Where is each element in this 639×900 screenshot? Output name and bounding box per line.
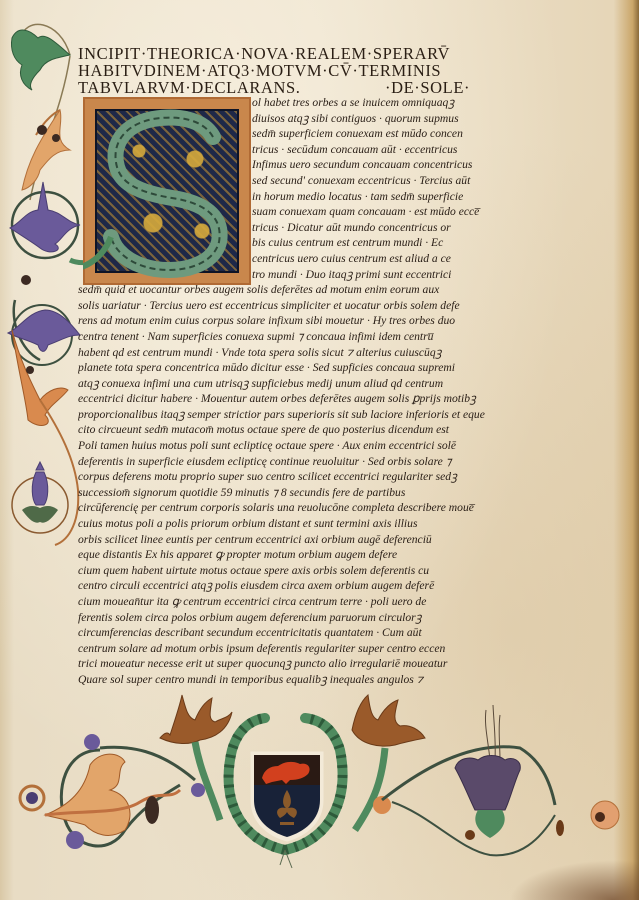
text-line: cito circueunt sedm̄ mutacom̄ motus octa… — [78, 422, 488, 438]
violet-bud-icon — [10, 182, 80, 252]
text-line: centra tenent · Nam superficies conuexa … — [78, 329, 488, 345]
text-line: centricus uero cuius centrum est aliud a… — [78, 251, 488, 267]
text-line: centro circuli eccentrici atqꝫ polis eiu… — [78, 578, 488, 594]
text-line: sedm̄ superficiem conuexam est mūdo conc… — [78, 126, 488, 142]
violet-fish-bud-icon — [32, 462, 48, 505]
text-line: tro mundi · Duo itaqꝫ primi sunt eccentr… — [78, 267, 488, 283]
text-line: tricus · Dicatur aūt mundo concentricus … — [78, 220, 488, 236]
coat-of-arms-icon — [252, 753, 322, 840]
text-line: ferentis solem circa polos orbium augem … — [78, 610, 488, 626]
brown-lily-icon — [160, 695, 232, 744]
text-line: Quare sol super centro mundi in temporib… — [78, 672, 488, 688]
brown-lily-icon — [352, 695, 425, 746]
text-line: circumferencias describant secundum ecce… — [78, 625, 488, 641]
heading-line-1: INCIPIT·THEORICA·NOVA·REALEM·SPERARV̄ — [78, 45, 498, 62]
text-line: cium mouean̄tur ita ꝙ centrum eccentrici… — [78, 594, 488, 610]
orange-acanthus-icon — [45, 754, 130, 835]
manuscript-body-text: ol habet tres orbes a se inuicem omniqua… — [78, 95, 488, 688]
text-line: habent qd est centrum mundi · Vnde tota … — [78, 345, 488, 361]
text-line: bis cuius centrum est centrum mundi · Ec — [78, 235, 488, 251]
text-line: corpus deferens motu proprio super suo c… — [78, 469, 488, 485]
text-line: atqꝫ conuexa infimi una cum utrisqꝫ supf… — [78, 376, 488, 392]
text-line: eccentrici dicitur habere · Mouentur aut… — [78, 391, 488, 407]
heading-line-2: HABITVDINEM·ATQ3·MOTVM·CV̄·TERMINIS — [78, 62, 498, 79]
text-line: circūferencię per centrum corporis solar… — [78, 500, 488, 516]
text-line: diuisos atqꝫ sibi contiguos · quorum sup… — [78, 111, 488, 127]
text-line: sedm̄ quid et uocantur orbes augem solis… — [78, 282, 488, 298]
text-line: cium quem habent uirtute motus octaue sp… — [78, 563, 488, 579]
text-line: trici moueatur necesse erit ut super quo… — [78, 656, 488, 672]
text-line: solis uariatur · Tercius uero est eccent… — [78, 298, 488, 314]
violet-flower-icon — [455, 705, 520, 838]
text-line: ol habet tres orbes a se inuicem omniqua… — [78, 95, 488, 111]
text-line: orbis scilicet linee euntis per centrum … — [78, 532, 488, 548]
manuscript-page: INCIPIT·THEORICA·NOVA·REALEM·SPERARV̄ HA… — [0, 0, 639, 900]
orange-rosette-icon — [591, 801, 619, 829]
text-line: Infimus uero secundum concauam concentri… — [78, 157, 488, 173]
section-title-de-sole: ·DE·SOLE· — [385, 79, 470, 96]
text-line: tricus · secūdum concauam aūt · eccentri… — [78, 142, 488, 158]
text-line: cuius motus poli a polis priorum orbium … — [78, 516, 488, 532]
incipit-heading: INCIPIT·THEORICA·NOVA·REALEM·SPERARV̄ HA… — [78, 45, 498, 96]
text-line: centrum solare ad motum orbis ipsum defe… — [78, 641, 488, 657]
text-line: sed secund' conuexam eccentricus · Terci… — [78, 173, 488, 189]
text-line: planete tota spera concentrica mūdo dici… — [78, 360, 488, 376]
text-line: deferentis in superficie eiusdem eclipti… — [78, 454, 488, 470]
text-line: rens ad motum enim cuius corpus solare i… — [78, 313, 488, 329]
text-line: Poli tamen huius motus poli sunt eclipti… — [78, 438, 488, 454]
green-leaf-icon — [11, 30, 70, 90]
bottom-floral-border — [0, 690, 639, 870]
text-line: proporcionalibus itaqꝫ semper strictior … — [78, 407, 488, 423]
text-line: suam conuexam quam concauam · est mūdo e… — [78, 204, 488, 220]
text-line: eque distantis Ex his apparet ꝙ propter … — [78, 547, 488, 563]
text-line: in horum medio locatus · tam sedm̄ super… — [78, 189, 488, 205]
text-line: successiom̄ signorum quotidie 59 minutis… — [78, 485, 488, 501]
